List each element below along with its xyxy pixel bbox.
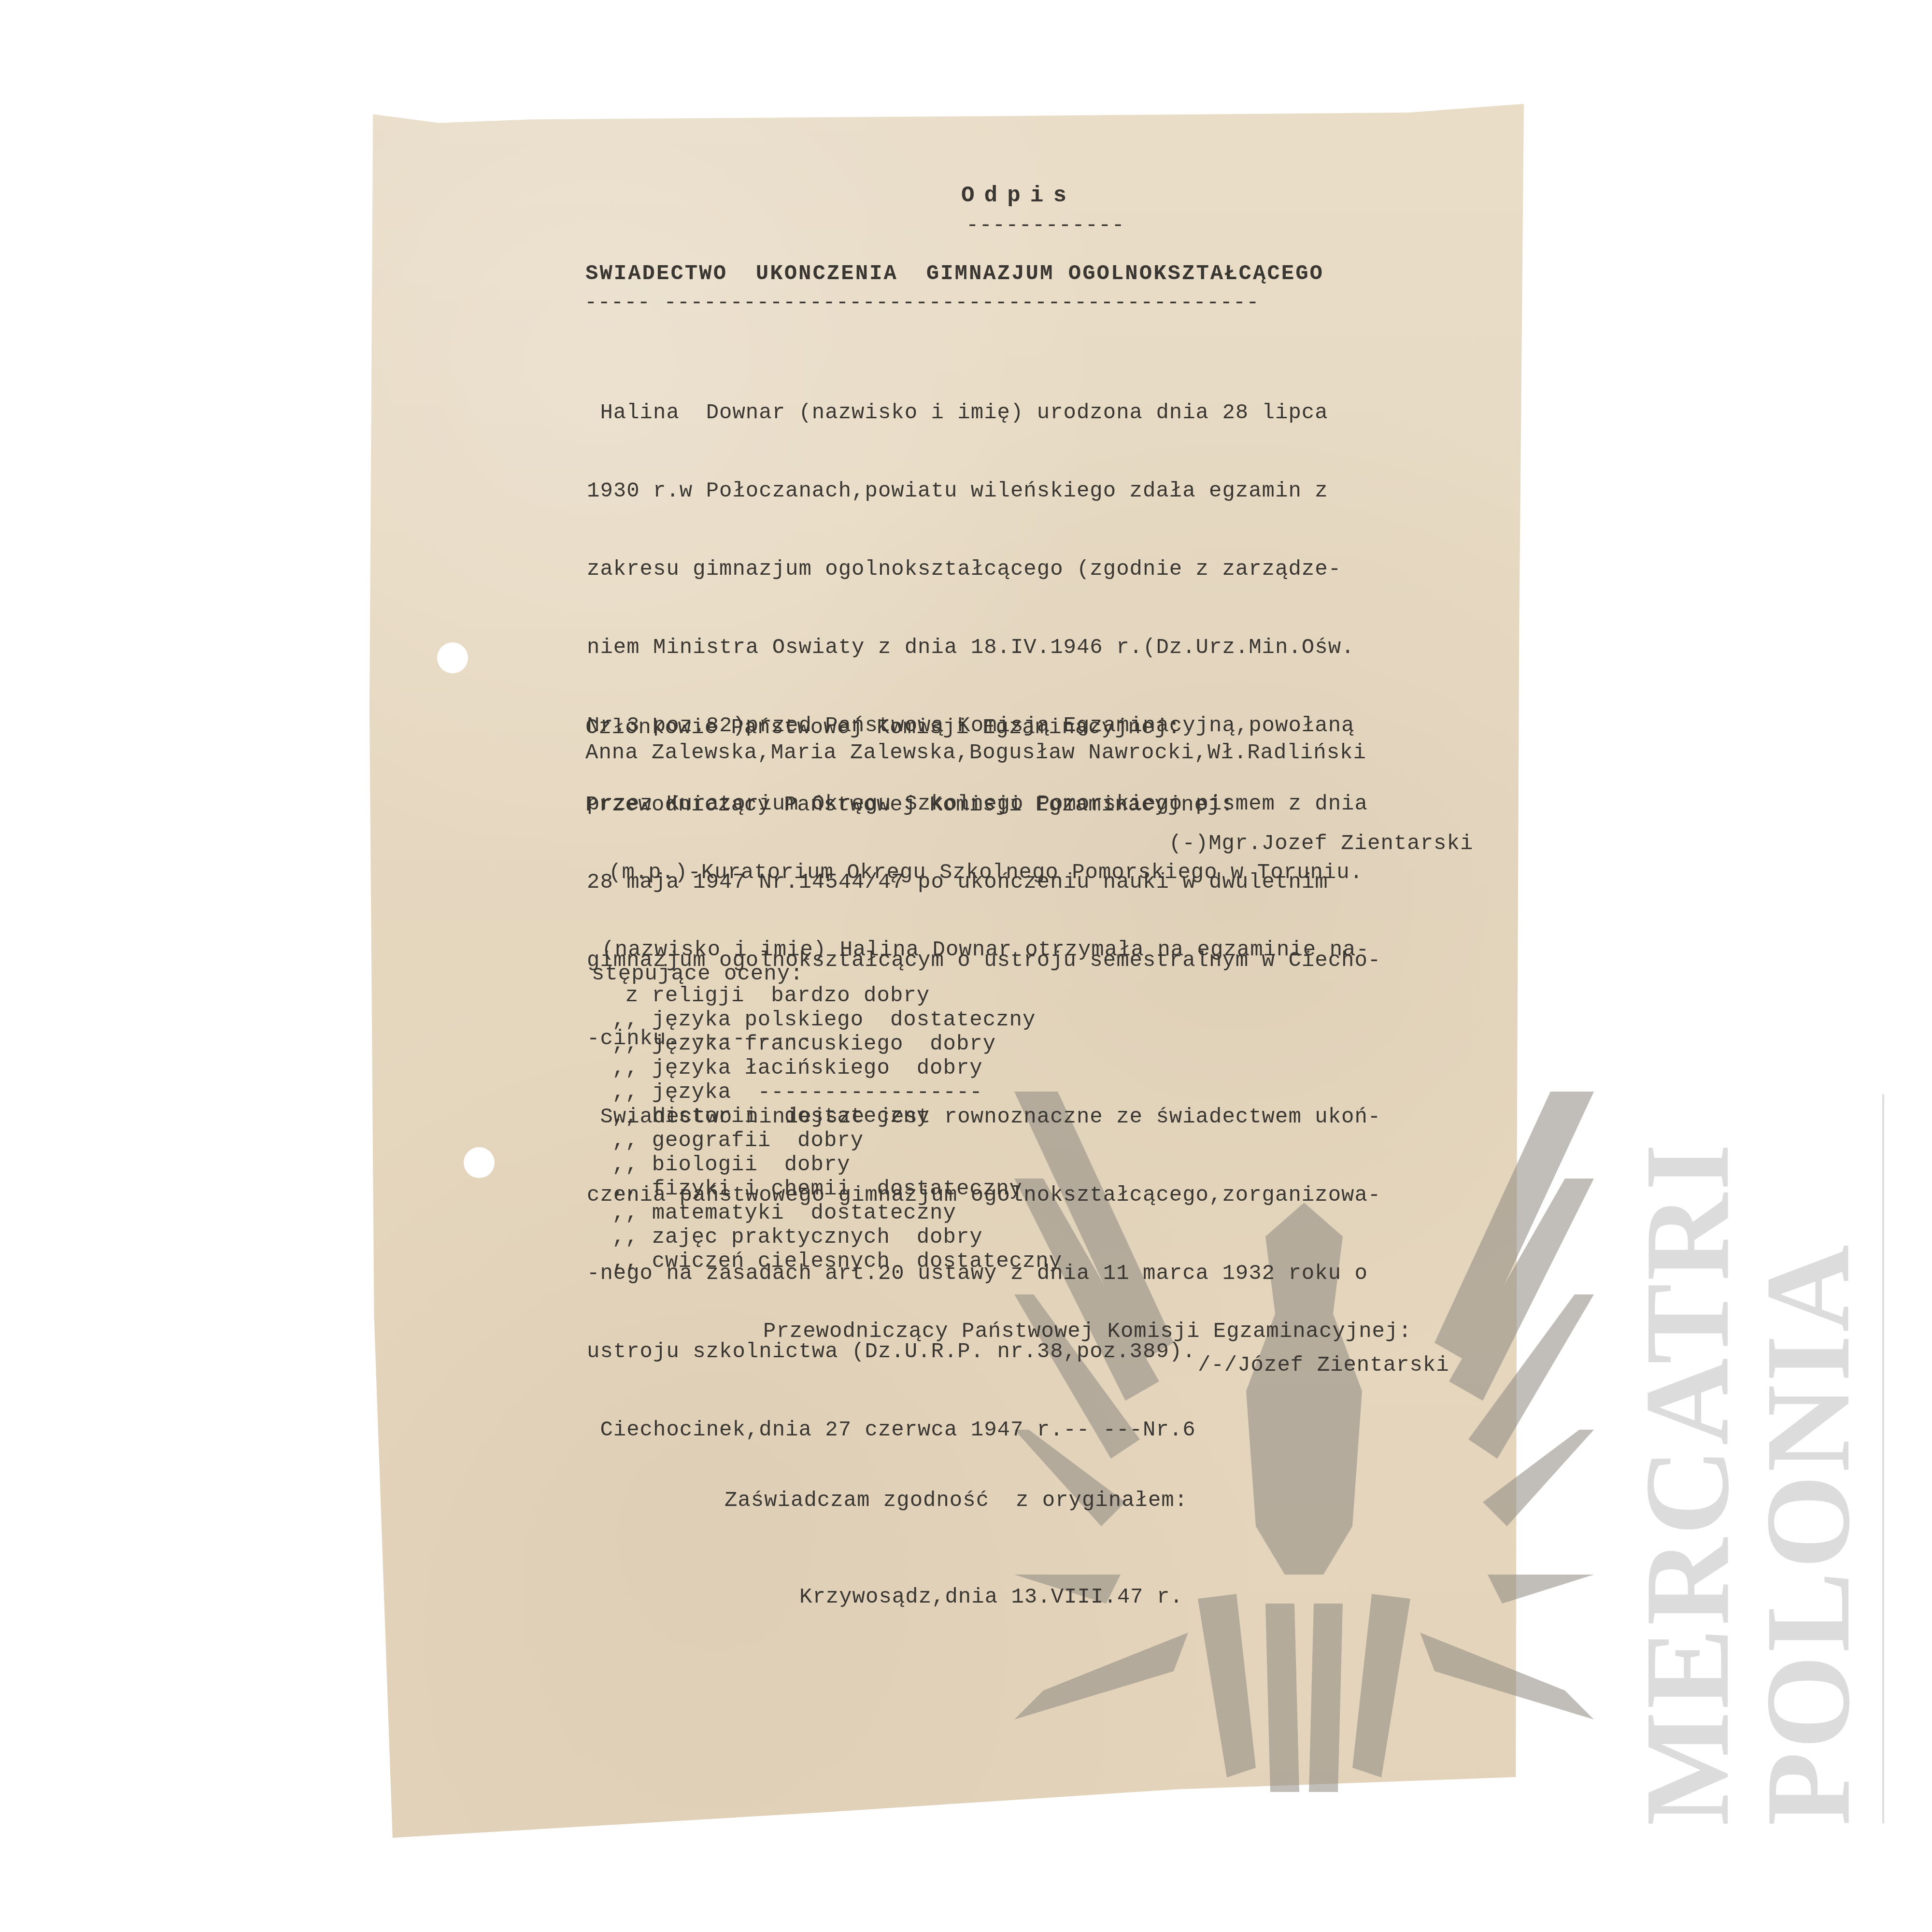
- certification-statement: Zaświadczam zgodność z oryginałem:: [724, 1488, 1188, 1514]
- grade-row: ,, języka -----------------: [599, 1080, 1062, 1104]
- grade-subject: języka francuskiego: [652, 1032, 930, 1056]
- grade-subject: języka łacińskiego: [652, 1056, 917, 1080]
- grade-value: dostateczny: [877, 1177, 1023, 1201]
- seal-line: (m.p.)-Kuratorium Okręgu Szkolnego Pomor…: [609, 860, 1363, 886]
- header-underline: ------------: [966, 213, 1125, 239]
- grade-row: ,, cwiczeń cielesnych dostateczny: [599, 1249, 1062, 1273]
- grade-value: -----------------: [758, 1080, 983, 1105]
- grade-prefix: ,,: [599, 1225, 652, 1250]
- grade-row: ,, języka polskiego dostateczny: [599, 1007, 1062, 1031]
- grade-subject: geografii: [652, 1129, 797, 1153]
- grade-row: ,, języka francuskiego dobry: [599, 1031, 1062, 1055]
- body-line: niem Ministra Oswiaty z dnia 18.IV.1946 …: [587, 635, 1381, 661]
- grade-prefix: ,,: [599, 1129, 652, 1153]
- punch-hole-bottom: [464, 1147, 495, 1178]
- members-heading: Członkowie Państwowej Komisji Egzaminacy…: [585, 715, 1181, 741]
- grade-prefix: ,,: [599, 1056, 652, 1080]
- grade-prefix: z: [599, 984, 652, 1008]
- grade-subject: religji: [652, 984, 771, 1008]
- grade-value: dobry: [784, 1153, 851, 1177]
- grade-subject: biologii: [652, 1153, 784, 1177]
- grade-row: ,, biologii dobry: [599, 1152, 1062, 1176]
- title-underline: ----- ----------------------------------…: [584, 290, 1260, 316]
- grade-value: dostateczny: [810, 1201, 956, 1225]
- members-list: Anna Zalewska,Maria Zalewska,Bogusław Na…: [585, 740, 1366, 766]
- grade-subject: matematyki: [652, 1201, 811, 1225]
- grade-subject: języka: [652, 1080, 758, 1105]
- grade-value: bardzo dobry: [771, 984, 930, 1008]
- grade-row: ,, zajęc praktycznych dobry: [599, 1224, 1062, 1249]
- grade-row: ,, fizyki i chemii dostateczny: [599, 1176, 1062, 1200]
- grade-row: ,, historii dostateczny: [599, 1104, 1062, 1128]
- grade-prefix: ,,: [599, 1008, 652, 1032]
- watermark-text-line1: MERCATRI: [1618, 1141, 1757, 1826]
- chair-heading-2: Przewodniczący Państwowej Komisji Egzami…: [763, 1319, 1412, 1345]
- grade-value: dobry: [917, 1056, 983, 1080]
- watermark-rule: [1882, 1094, 1884, 1823]
- body-line: Ciechocinek,dnia 27 czerwca 1947 r.-- --…: [587, 1417, 1381, 1443]
- grade-row: ,, języka łacińskiego dobry: [599, 1055, 1062, 1080]
- grade-prefix: ,,: [599, 1105, 652, 1129]
- grade-subject: cwiczeń cielesnych: [652, 1250, 917, 1274]
- grade-value: dobry: [797, 1129, 864, 1153]
- grade-subject: historii: [652, 1105, 784, 1129]
- grade-prefix: ,,: [599, 1032, 652, 1056]
- grade-prefix: ,,: [599, 1153, 652, 1177]
- grade-value: dostateczny: [890, 1008, 1036, 1032]
- grades-intro: (nazwisko i imię) Halina Downar otrzymał…: [588, 937, 1369, 963]
- grade-subject: zajęc praktycznych: [652, 1225, 917, 1250]
- body-line: 1930 r.w Połoczanach,powiatu wileńskiego…: [587, 478, 1381, 504]
- watermark-text-line2: POLONIA: [1739, 1242, 1878, 1826]
- punch-hole-top: [437, 642, 468, 673]
- grade-prefix: ,,: [599, 1080, 652, 1105]
- grade-value: dostateczny: [917, 1250, 1062, 1274]
- grade-prefix: ,,: [599, 1201, 652, 1225]
- grade-value: dobry: [917, 1225, 983, 1250]
- grade-row: ,, geografii dobry: [599, 1128, 1062, 1152]
- grade-prefix: ,,: [599, 1250, 652, 1274]
- grade-subject: fizyki i chemii: [652, 1177, 877, 1201]
- grades-list: z religji bardzo dobry ,, języka polskie…: [599, 983, 1062, 1273]
- grade-row: z religji bardzo dobry: [599, 983, 1062, 1007]
- body-line: Halina Downar (nazwisko i imię) urodzona…: [587, 400, 1381, 426]
- body-paragraph: Halina Downar (nazwisko i imię) urodzona…: [587, 348, 1381, 1469]
- chair-signature: (-)Mgr.Jozef Zientarski: [1169, 831, 1473, 857]
- document-header: Odpis: [961, 183, 1076, 209]
- grade-subject: języka polskiego: [652, 1008, 890, 1032]
- body-line: zakresu gimnazjum ogolnokształcącego (zg…: [587, 556, 1381, 582]
- grade-value: dostateczny: [784, 1105, 930, 1129]
- grade-value: dobry: [930, 1032, 996, 1056]
- place-date: Krzywosądz,dnia 13.VIII.47 r.: [799, 1584, 1183, 1610]
- document-title: SWIADECTWO UKONCZENIA GIMNAZJUM OGOLNOKS…: [585, 261, 1324, 287]
- grade-prefix: ,,: [599, 1177, 652, 1201]
- chair-signature-2: /-/Józef Zientarski: [1198, 1352, 1449, 1378]
- grade-row: ,, matematyki dostateczny: [599, 1200, 1062, 1224]
- chair-heading: Przewodniczący Państwowej Komisji Egzami…: [585, 792, 1234, 818]
